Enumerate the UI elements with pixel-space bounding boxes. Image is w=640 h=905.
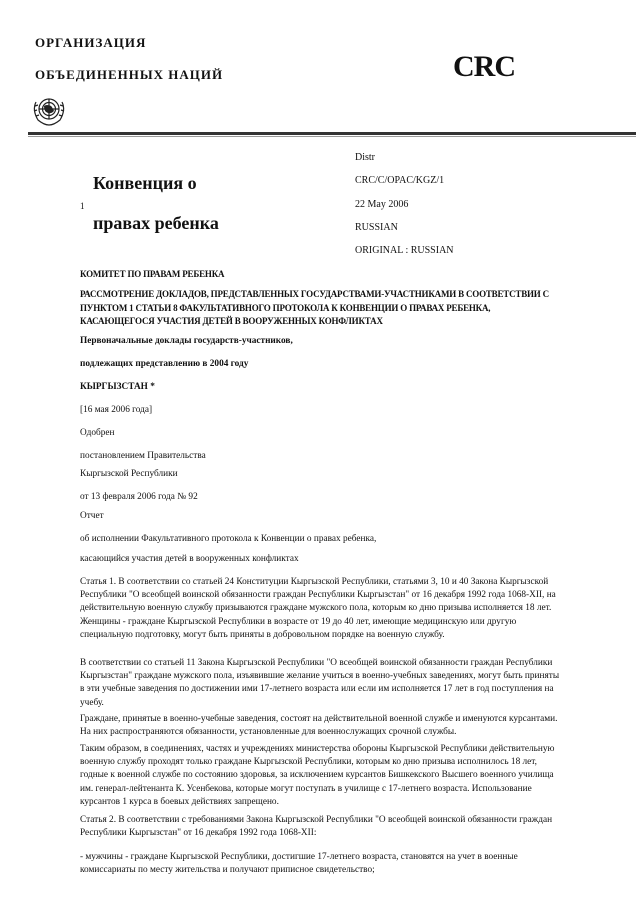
convention-title-line1: Конвенция о bbox=[93, 173, 197, 194]
paragraph-article-2: Статья 2. В соответствии с требованиями … bbox=[80, 814, 560, 840]
paragraph-men-registration: - мужчины - граждане Кыргызской Республи… bbox=[80, 851, 560, 877]
approved-label: Одобрен bbox=[80, 427, 560, 440]
org-name-line2: ОБЪЕДИНЕННЫХ НАЦИЙ bbox=[35, 67, 223, 83]
paragraph-cadets: Граждане, принятые в военно-учебные заве… bbox=[80, 713, 560, 739]
report-title-line1: об исполнении Факультативного протокола … bbox=[80, 533, 560, 546]
distribution-label: Distr bbox=[355, 152, 375, 163]
document-heading: РАССМОТРЕНИЕ ДОКЛАДОВ, ПРЕДСТАВЛЕННЫХ ГО… bbox=[80, 288, 550, 329]
report-title-line2: касающийся участия детей в вооруженных к… bbox=[80, 553, 560, 566]
approved-by-line2: Кыргызской Республики bbox=[80, 468, 560, 481]
footnote-marker: 1 bbox=[80, 201, 85, 211]
approved-date: от 13 февраля 2006 года № 92 bbox=[80, 491, 560, 504]
committee-name: КОМИТЕТ ПО ПРАВАМ РЕБЕНКА bbox=[80, 268, 560, 282]
paragraph-article-1: Статья 1. В соответствии со статьей 24 К… bbox=[80, 576, 560, 642]
document-language: RUSSIAN bbox=[355, 222, 398, 233]
paragraph-article-11: В соответствии со статьей 11 Закона Кырг… bbox=[80, 657, 560, 710]
convention-title-line2: правах ребенка bbox=[93, 213, 219, 234]
approved-by: постановлением Правительства bbox=[80, 450, 560, 463]
document-code: CRC/C/OPAC/KGZ/1 bbox=[355, 175, 444, 186]
received-date: [16 мая 2006 года] bbox=[80, 404, 560, 417]
org-name-line1: ОРГАНИЗАЦИЯ bbox=[35, 35, 146, 51]
report-label: Отчет bbox=[80, 510, 560, 523]
subheading-line2: подлежащих представлению в 2004 году bbox=[80, 358, 560, 371]
original-language: ORIGINAL : RUSSIAN bbox=[355, 245, 454, 256]
header-rule-thin bbox=[28, 136, 636, 137]
paragraph-summary: Таким образом, в соединениях, частях и у… bbox=[80, 743, 560, 809]
country-name: КЫРГЫЗСТАН * bbox=[80, 381, 560, 394]
header-rule bbox=[28, 132, 636, 135]
document-symbol-large: CRC bbox=[453, 50, 515, 84]
document-date: 22 May 2006 bbox=[355, 199, 408, 210]
un-emblem-icon bbox=[30, 92, 68, 128]
subheading-line1: Первоначальные доклады государств-участн… bbox=[80, 335, 560, 348]
